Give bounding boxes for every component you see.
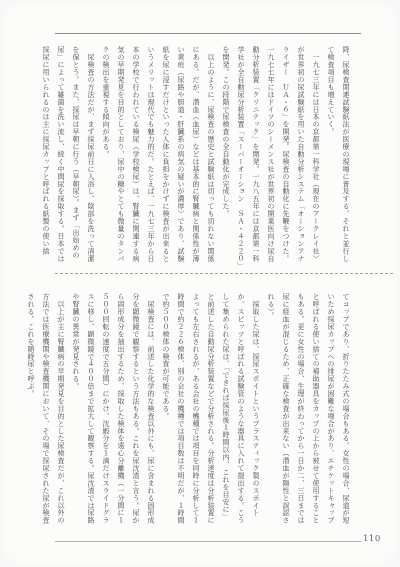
paragraph: 以上のように、尿検査の歴史と試験紙は切っても切れない関係にある。だが、潜血（血尿…: [98, 46, 218, 266]
page-number: 110: [363, 534, 381, 544]
text-block-top: 降、尿検査関連試験紙法が医療の現場に普及する。それと並行して検査項目も増えていく…: [38, 46, 353, 266]
scanned-book-page: 降、尿検査関連試験紙法が医療の現場に普及する。それと並行して検査項目も増えていく…: [0, 0, 400, 567]
footer-rule: [55, 541, 361, 542]
header-rule: [55, 33, 361, 34]
dashed-divider: [55, 273, 393, 274]
paragraph: 採取した尿は、採尿スポイトというプラスティック製のスポイトか、スピッツと呼ばれる…: [158, 293, 263, 525]
paragraph: 一九七三年には日本の京都第一科学社（現在のアークレイ社）が世界初の尿試験紙を用い…: [218, 46, 323, 266]
paragraph: 尿検査の方法だが、まず採尿前日に入浴し、陰部を洗って清潔を保とう。また、採尿は早…: [38, 46, 98, 266]
paragraph: 以上が主に腎臓病の早期発見を目的とした尿検査だが、これ以外の方法では医療機関や検…: [23, 293, 68, 525]
paragraph: てコップであり、折りたたみ式の場合もある。女性の場合、尿道が短いため採尿カップへ…: [263, 293, 353, 525]
paragraph: 尿検査には、前述した化学的な検査以外にも、尿に含まれる固形成分を顕微鏡で観察する…: [68, 293, 158, 525]
text-block-bottom: てコップであり、折りたたみ式の場合もある。女性の場合、尿道が短いため採尿カップへ…: [23, 293, 353, 525]
paragraph: 降、尿検査関連試験紙法が医療の現場に普及する。それと並行して検査項目も増えていく…: [323, 46, 353, 266]
